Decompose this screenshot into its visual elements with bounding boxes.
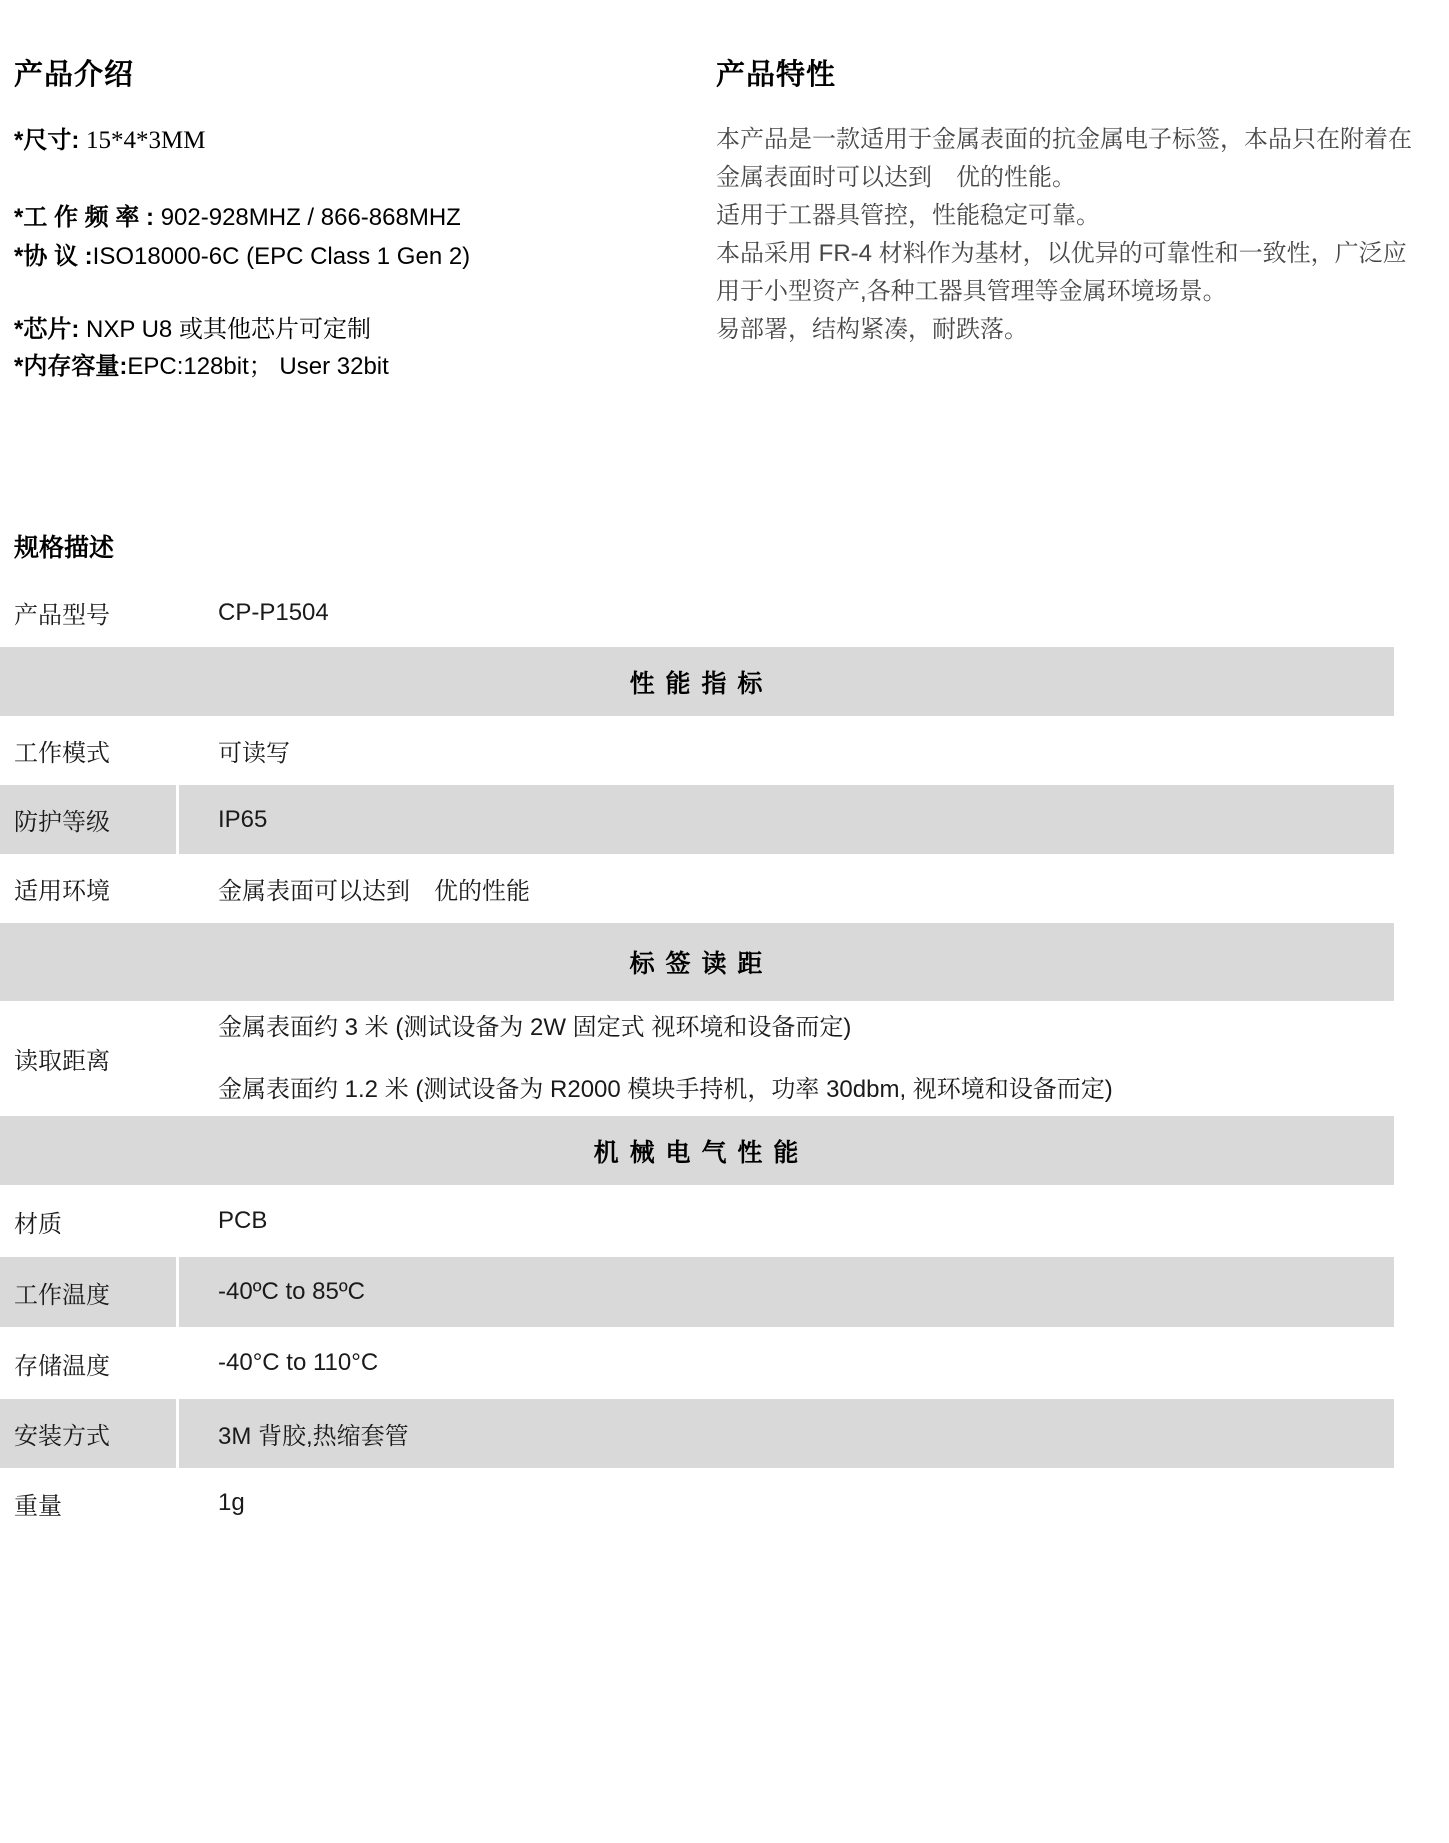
- row-label: 存储温度: [0, 1327, 176, 1399]
- features-title: 产品特性: [716, 52, 1441, 93]
- table-row-weight: 重量 1g: [0, 1468, 1394, 1538]
- table-band-mechanical: 机 械 电 气 性 能: [0, 1116, 1394, 1185]
- features-paragraph: 本产品是一款适用于金属表面的抗金属电子标签，本品只在附着在 金属表面时可以达到 …: [716, 121, 1441, 349]
- protocol-value: ISO18000-6C (EPC Class 1 Gen 2): [93, 243, 471, 270]
- spec-table: 产品型号 CP-P1504 性 能 指 标 工作模式 可读写 防护等级 IP65…: [0, 578, 1394, 1538]
- row-value: -40°C to 110°C: [179, 1327, 1394, 1399]
- feature-line: 易部署，结构紧凑，耐跌落。: [716, 311, 1441, 349]
- table-band-read-range: 标 签 读 距: [0, 923, 1394, 1001]
- row-value: 1g: [179, 1468, 1394, 1538]
- spec-size-line: *尺寸: 15*4*3MM: [14, 125, 594, 157]
- intro-title: 产品介绍: [14, 52, 594, 93]
- row-value: 金属表面可以达到 优的性能: [179, 854, 1394, 923]
- row-value: 金属表面约 3 米 (测试设备为 2W 固定式 视环境和设备而定) 金属表面约 …: [179, 1001, 1394, 1116]
- row-label: 安装方式: [0, 1399, 176, 1468]
- spec-frequency-line: *工 作 频 率 : 902-928MHZ / 866-868MHZ: [14, 202, 594, 234]
- feature-line: 本产品是一款适用于金属表面的抗金属电子标签，本品只在附着在: [716, 121, 1441, 159]
- row-label: 工作温度: [0, 1257, 176, 1327]
- feature-line: 适用于工器具管控，性能稳定可靠。: [716, 197, 1441, 235]
- row-label: 读取距离: [0, 1001, 176, 1116]
- spec-memory-line: *内存容量:EPC:128bit； User 32bit: [14, 351, 594, 383]
- row-value: -40ºC to 85ºC: [179, 1257, 1394, 1327]
- protocol-label: *协 议 :: [14, 243, 93, 270]
- table-row-model: 产品型号 CP-P1504: [0, 578, 1394, 647]
- frequency-label: *工 作 频 率 :: [14, 204, 154, 231]
- row-value: CP-P1504: [179, 578, 1394, 647]
- memory-value: EPC:128bit； User 32bit: [127, 353, 388, 380]
- table-row-work-mode: 工作模式 可读写: [0, 716, 1394, 785]
- feature-line: 用于小型资产,各种工器具管理等金属环境场景。: [716, 273, 1441, 311]
- table-row-operating-temp: 工作温度 -40ºC to 85ºC: [0, 1257, 1394, 1327]
- spec-section: 规格描述 产品型号 CP-P1504 性 能 指 标 工作模式 可读写 防护等级…: [0, 528, 1449, 1538]
- table-row-mounting: 安装方式 3M 背胶,热缩套管: [0, 1399, 1394, 1468]
- read-distance-line: 金属表面约 1.2 米 (测试设备为 R2000 模块手持机，功率 30dbm,…: [218, 1073, 1113, 1107]
- chip-value: NXP U8 或其他芯片可定制: [86, 316, 371, 343]
- row-label: 防护等级: [0, 785, 176, 854]
- table-row-storage-temp: 存储温度 -40°C to 110°C: [0, 1327, 1394, 1399]
- table-band-performance: 性 能 指 标: [0, 647, 1394, 716]
- spec-chip-line: *芯片: NXP U8 或其他芯片可定制: [14, 314, 594, 346]
- row-value: 可读写: [179, 716, 1394, 785]
- table-row-read-distance: 读取距离 金属表面约 3 米 (测试设备为 2W 固定式 视环境和设备而定) 金…: [0, 1001, 1394, 1116]
- row-label: 适用环境: [0, 854, 176, 923]
- spec-protocol-line: *协 议 :ISO18000-6C (EPC Class 1 Gen 2): [14, 241, 594, 273]
- product-features-section: 产品特性 本产品是一款适用于金属表面的抗金属电子标签，本品只在附着在 金属表面时…: [716, 52, 1441, 349]
- chip-label: *芯片:: [14, 316, 79, 343]
- row-label: 材质: [0, 1185, 176, 1257]
- table-row-protection: 防护等级 IP65: [0, 785, 1394, 854]
- size-label: *尺寸:: [14, 127, 79, 154]
- row-value: PCB: [179, 1185, 1394, 1257]
- spec-heading: 规格描述: [14, 528, 1449, 564]
- table-row-environment: 适用环境 金属表面可以达到 优的性能: [0, 854, 1394, 923]
- feature-line: 本品采用 FR-4 材料作为基材，以优异的可靠性和一致性，广泛应: [716, 235, 1441, 273]
- row-label: 产品型号: [0, 578, 176, 647]
- memory-label: *内存容量:: [14, 353, 127, 380]
- table-row-material: 材质 PCB: [0, 1185, 1394, 1257]
- feature-line: 金属表面时可以达到 优的性能。: [716, 159, 1441, 197]
- row-value: 3M 背胶,热缩套管: [179, 1399, 1394, 1468]
- row-label: 工作模式: [0, 716, 176, 785]
- row-value: IP65: [179, 785, 1394, 854]
- product-intro-section: 产品介绍 *尺寸: 15*4*3MM *工 作 频 率 : 902-928MHZ…: [14, 52, 594, 383]
- frequency-value: 902-928MHZ / 866-868MHZ: [161, 204, 461, 231]
- read-distance-line: 金属表面约 3 米 (测试设备为 2W 固定式 视环境和设备而定): [218, 1011, 851, 1045]
- row-label: 重量: [0, 1468, 176, 1538]
- size-value: 15*4*3MM: [86, 127, 205, 154]
